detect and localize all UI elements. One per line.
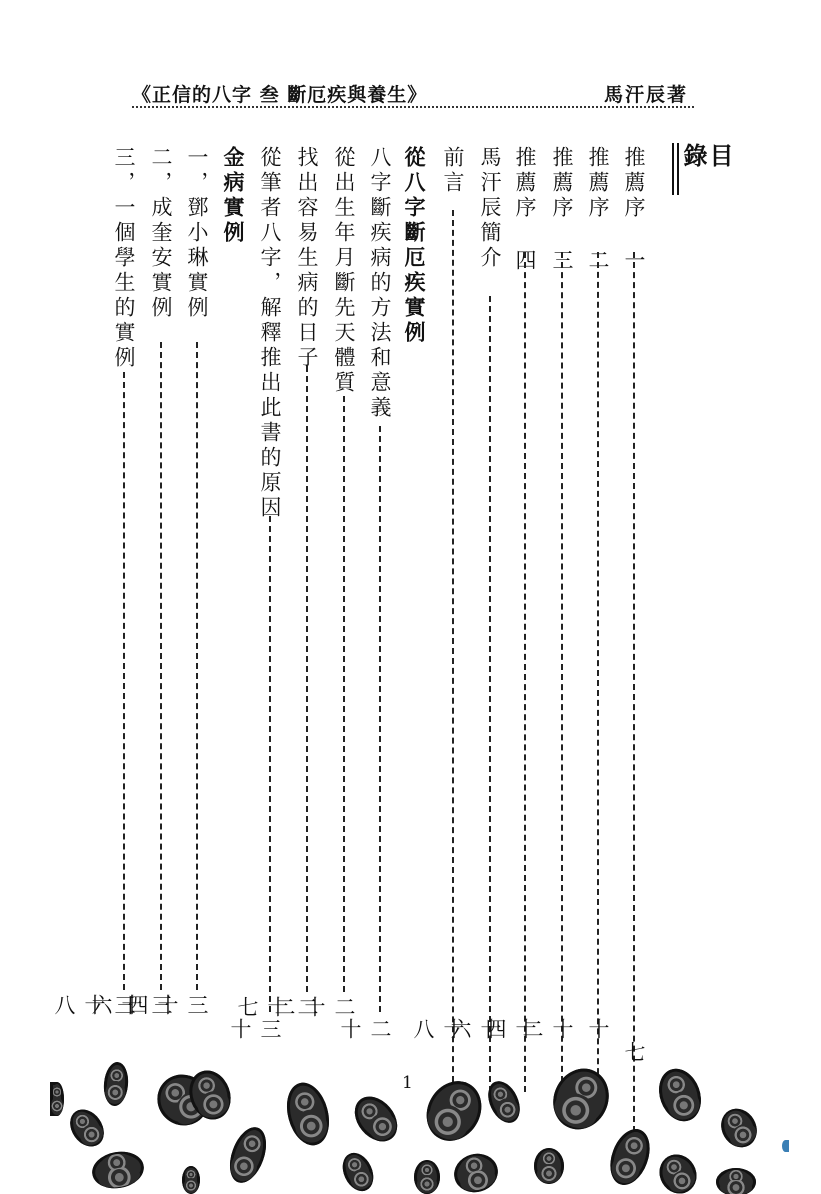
toc-entry[interactable]: 從筆者八字，解釋推出此書的原因 三十 (255, 146, 285, 521)
toc-entry-page: 七 (619, 1041, 649, 1064)
toc-entry-page: 二十七 (292, 996, 322, 1019)
gourd-ornament (63, 1103, 111, 1153)
heading-double-rule (672, 143, 679, 195)
toc-entry-label: 從筆者八字，解釋推出此書的原因 (255, 146, 285, 521)
toc-entry[interactable]: 推薦序 二 十 (583, 146, 613, 274)
toc-entry[interactable]: 推薦序 三 十二 (547, 146, 577, 274)
toc-entry-label: 二，成奎安實例 (146, 146, 176, 321)
gourd-ornament (89, 1148, 146, 1192)
toc-entry-label: 八字斷疾病的方法和意義 (365, 146, 395, 421)
toc-entry-page: 二十 (365, 1018, 395, 1041)
toc-entry-page: 三十六 (146, 994, 176, 1017)
toc-entry-page: 十六 (475, 1018, 505, 1041)
gourd-ornament (652, 1148, 703, 1194)
toc-entry[interactable]: 一，鄧小琳實例 三十四 (182, 146, 212, 321)
gourd-ornament (50, 1082, 64, 1116)
toc-section-label: 金病實例 (218, 146, 248, 246)
toc-entry-label: 從出生年月斷先天體質 (329, 146, 359, 396)
gourd-ornament (603, 1124, 657, 1191)
toc-entry[interactable]: 馬汗辰簡介 十六 (475, 146, 505, 271)
gourd-ornament (280, 1078, 335, 1150)
gourd-ornament (416, 1071, 492, 1151)
toc-entry[interactable]: 推薦序 四 十四 (510, 146, 540, 274)
toc-entry-page: 十四 (510, 1018, 540, 1041)
toc-entry-label: 三，一個學生的實例 (109, 146, 139, 371)
gourd-ornament (102, 1061, 130, 1107)
toc-entry-page: 二十二 (329, 996, 359, 1019)
gourd-ornament (182, 1166, 200, 1194)
leader-line (196, 342, 198, 990)
gourd-ornament (346, 1088, 406, 1149)
page-number: 1 (402, 1073, 413, 1093)
toc-entry[interactable]: 三，一個學生的實例 三十八 (109, 146, 139, 371)
leader-line (524, 252, 526, 1092)
leader-line (343, 396, 345, 992)
leader-line (597, 252, 599, 1114)
scan-artifact-mark (782, 1140, 789, 1152)
book-title: 《正信的八字 叁 斷厄疾與養生》 (132, 80, 427, 107)
leader-line (123, 372, 125, 990)
toc-section-heading[interactable]: 從八字斷厄疾實例 (399, 146, 429, 346)
toc-entry[interactable]: 八字斷疾病的方法和意義 二十 (365, 146, 395, 421)
leader-line (452, 210, 454, 1092)
toc-entry[interactable]: 前言 十八 (438, 146, 468, 196)
toc-entry-page: 十 (583, 1018, 613, 1041)
toc-entry-page: 十八 (438, 1018, 468, 1041)
toc-entry-label: 找出容易生病的日子 (292, 146, 322, 371)
toc-entry-label: 一，鄧小琳實例 (182, 146, 212, 321)
toc-entry-label: 前言 (438, 146, 468, 196)
toc-entry[interactable]: 推薦序 一 七 (619, 146, 649, 274)
leader-line (269, 516, 271, 1012)
leader-line (561, 252, 563, 1092)
toc-entry-label: 馬汗辰簡介 (475, 146, 505, 271)
gourd-ornament (450, 1149, 502, 1194)
toc-entry[interactable]: 從出生年月斷先天體質 二十二 (329, 146, 359, 396)
toc-entry-page: 三十 (255, 1018, 285, 1041)
toc-entry-page: 十二 (547, 1018, 577, 1041)
gourd-ornament (543, 1059, 618, 1138)
gourd-ornament (337, 1148, 379, 1194)
toc-entry-page: 三十四 (182, 994, 212, 1017)
gourd-ornament (652, 1063, 708, 1127)
gourd-ornament (414, 1160, 440, 1194)
leader-line (489, 296, 491, 1092)
toc-entry-page: 三十八 (109, 994, 139, 1017)
gourd-ornament (714, 1102, 763, 1154)
toc-section-label: 從八字斷厄疾實例 (399, 146, 429, 346)
toc-heading-text: 目錄 (680, 143, 732, 167)
leader-line (160, 342, 162, 990)
toc-section-heading[interactable]: 金病實例 (218, 146, 248, 246)
leader-line (633, 252, 635, 1132)
gourd-ornament (534, 1148, 564, 1184)
book-author: 馬汗辰著 (604, 80, 688, 107)
gourd-ornament (223, 1122, 273, 1187)
toc-entry[interactable]: 找出容易生病的日子 二十七 (292, 146, 322, 371)
running-header: 《正信的八字 叁 斷厄疾與養生》 馬汗辰著 (132, 80, 694, 108)
toc-entry[interactable]: 二，成奎安實例 三十六 (146, 146, 176, 321)
gourd-ornament (716, 1168, 756, 1194)
leader-line (379, 426, 381, 1012)
leader-line (306, 366, 308, 992)
